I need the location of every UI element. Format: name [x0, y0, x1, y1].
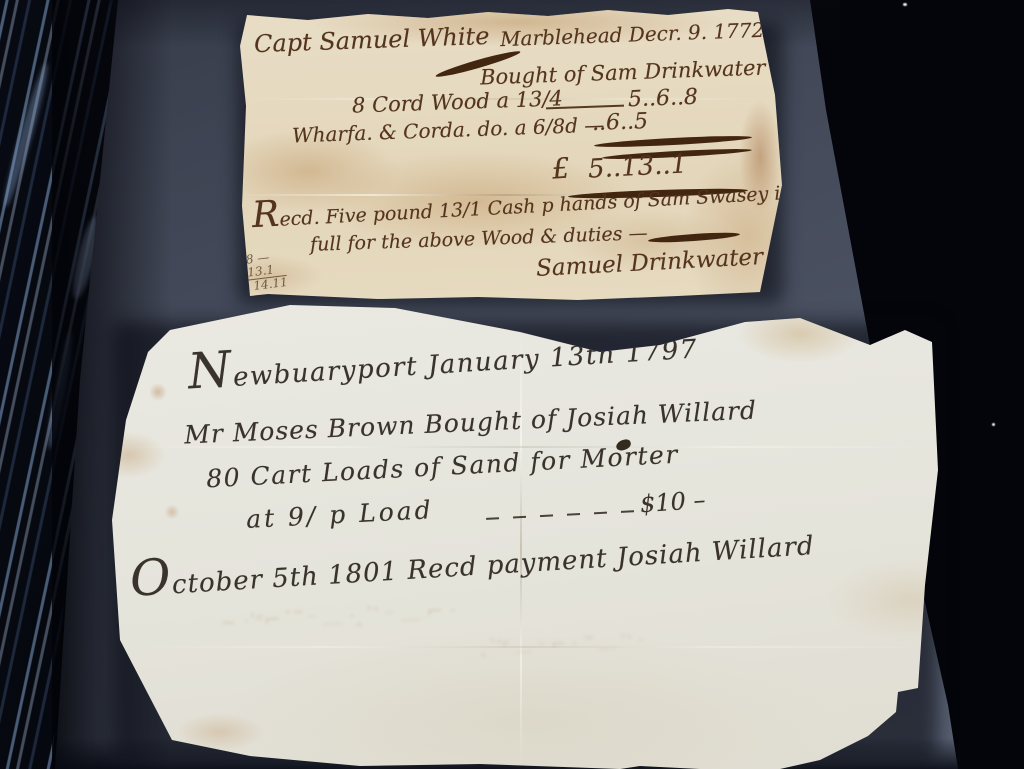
- item-line-wharfage: Wharfa. & Corda. do. a 6/8d —: [292, 113, 605, 148]
- bleedthrough-writing: ‸ ͛ ‛ᵉ ﹏ ᵕ ⌐ · ‷ ﹏ ͛ ‛ ᵕ: [480, 627, 646, 659]
- dust-speck: [903, 3, 907, 6]
- receipt-1772-marblehead: Capt Samuel White Marblehead Decr. 9. 17…: [228, 6, 788, 302]
- dust-speck: [992, 423, 995, 426]
- ink-flourish: [648, 231, 740, 244]
- total-currency: £: [551, 151, 571, 185]
- payment-received-line: October 5th 1801 Recd payment Josiah Wil…: [130, 531, 816, 603]
- item-amount-wood: 5..6..8: [628, 85, 699, 112]
- ledger-dash: [486, 510, 636, 520]
- signature-drinkwater: Samuel Drinkwater: [535, 244, 763, 282]
- received-line-1: Recd. Five pound 13/1 Cash p hands of Sa…: [252, 182, 793, 232]
- item-line-wood: 8 Cord Wood a 13/4: [352, 86, 564, 117]
- addressee-line: Capt Samuel White: [254, 22, 490, 58]
- price-line: at 9/ p Load: [245, 495, 434, 534]
- bleedthrough-writing: ~ ·‛ᵉ⌐ ͛ ‷ ᵕ ﹏ ·‸ ͛ ‛ ᵕ ﹏ ⌐ ·: [219, 594, 456, 635]
- received-line-2: full for the above Wood & duties —: [310, 222, 648, 256]
- item-amount-wharfage: ..6..5: [592, 109, 649, 136]
- place-date-line: Marblehead Decr. 9. 1772 —: [500, 17, 791, 51]
- amount-value: $10 –: [639, 486, 706, 518]
- total-amount: 5..13..1: [587, 149, 688, 184]
- bought-of-line: Bought of Sam Drinkwater —: [480, 55, 794, 90]
- receipt-1797-newburyport: Newbuaryport January 13th 1797 Mr Moses …: [100, 300, 945, 769]
- total-rule: [594, 134, 752, 149]
- photo-of-album-receipts: Capt Samuel White Marblehead Decr. 9. 17…: [0, 0, 1024, 769]
